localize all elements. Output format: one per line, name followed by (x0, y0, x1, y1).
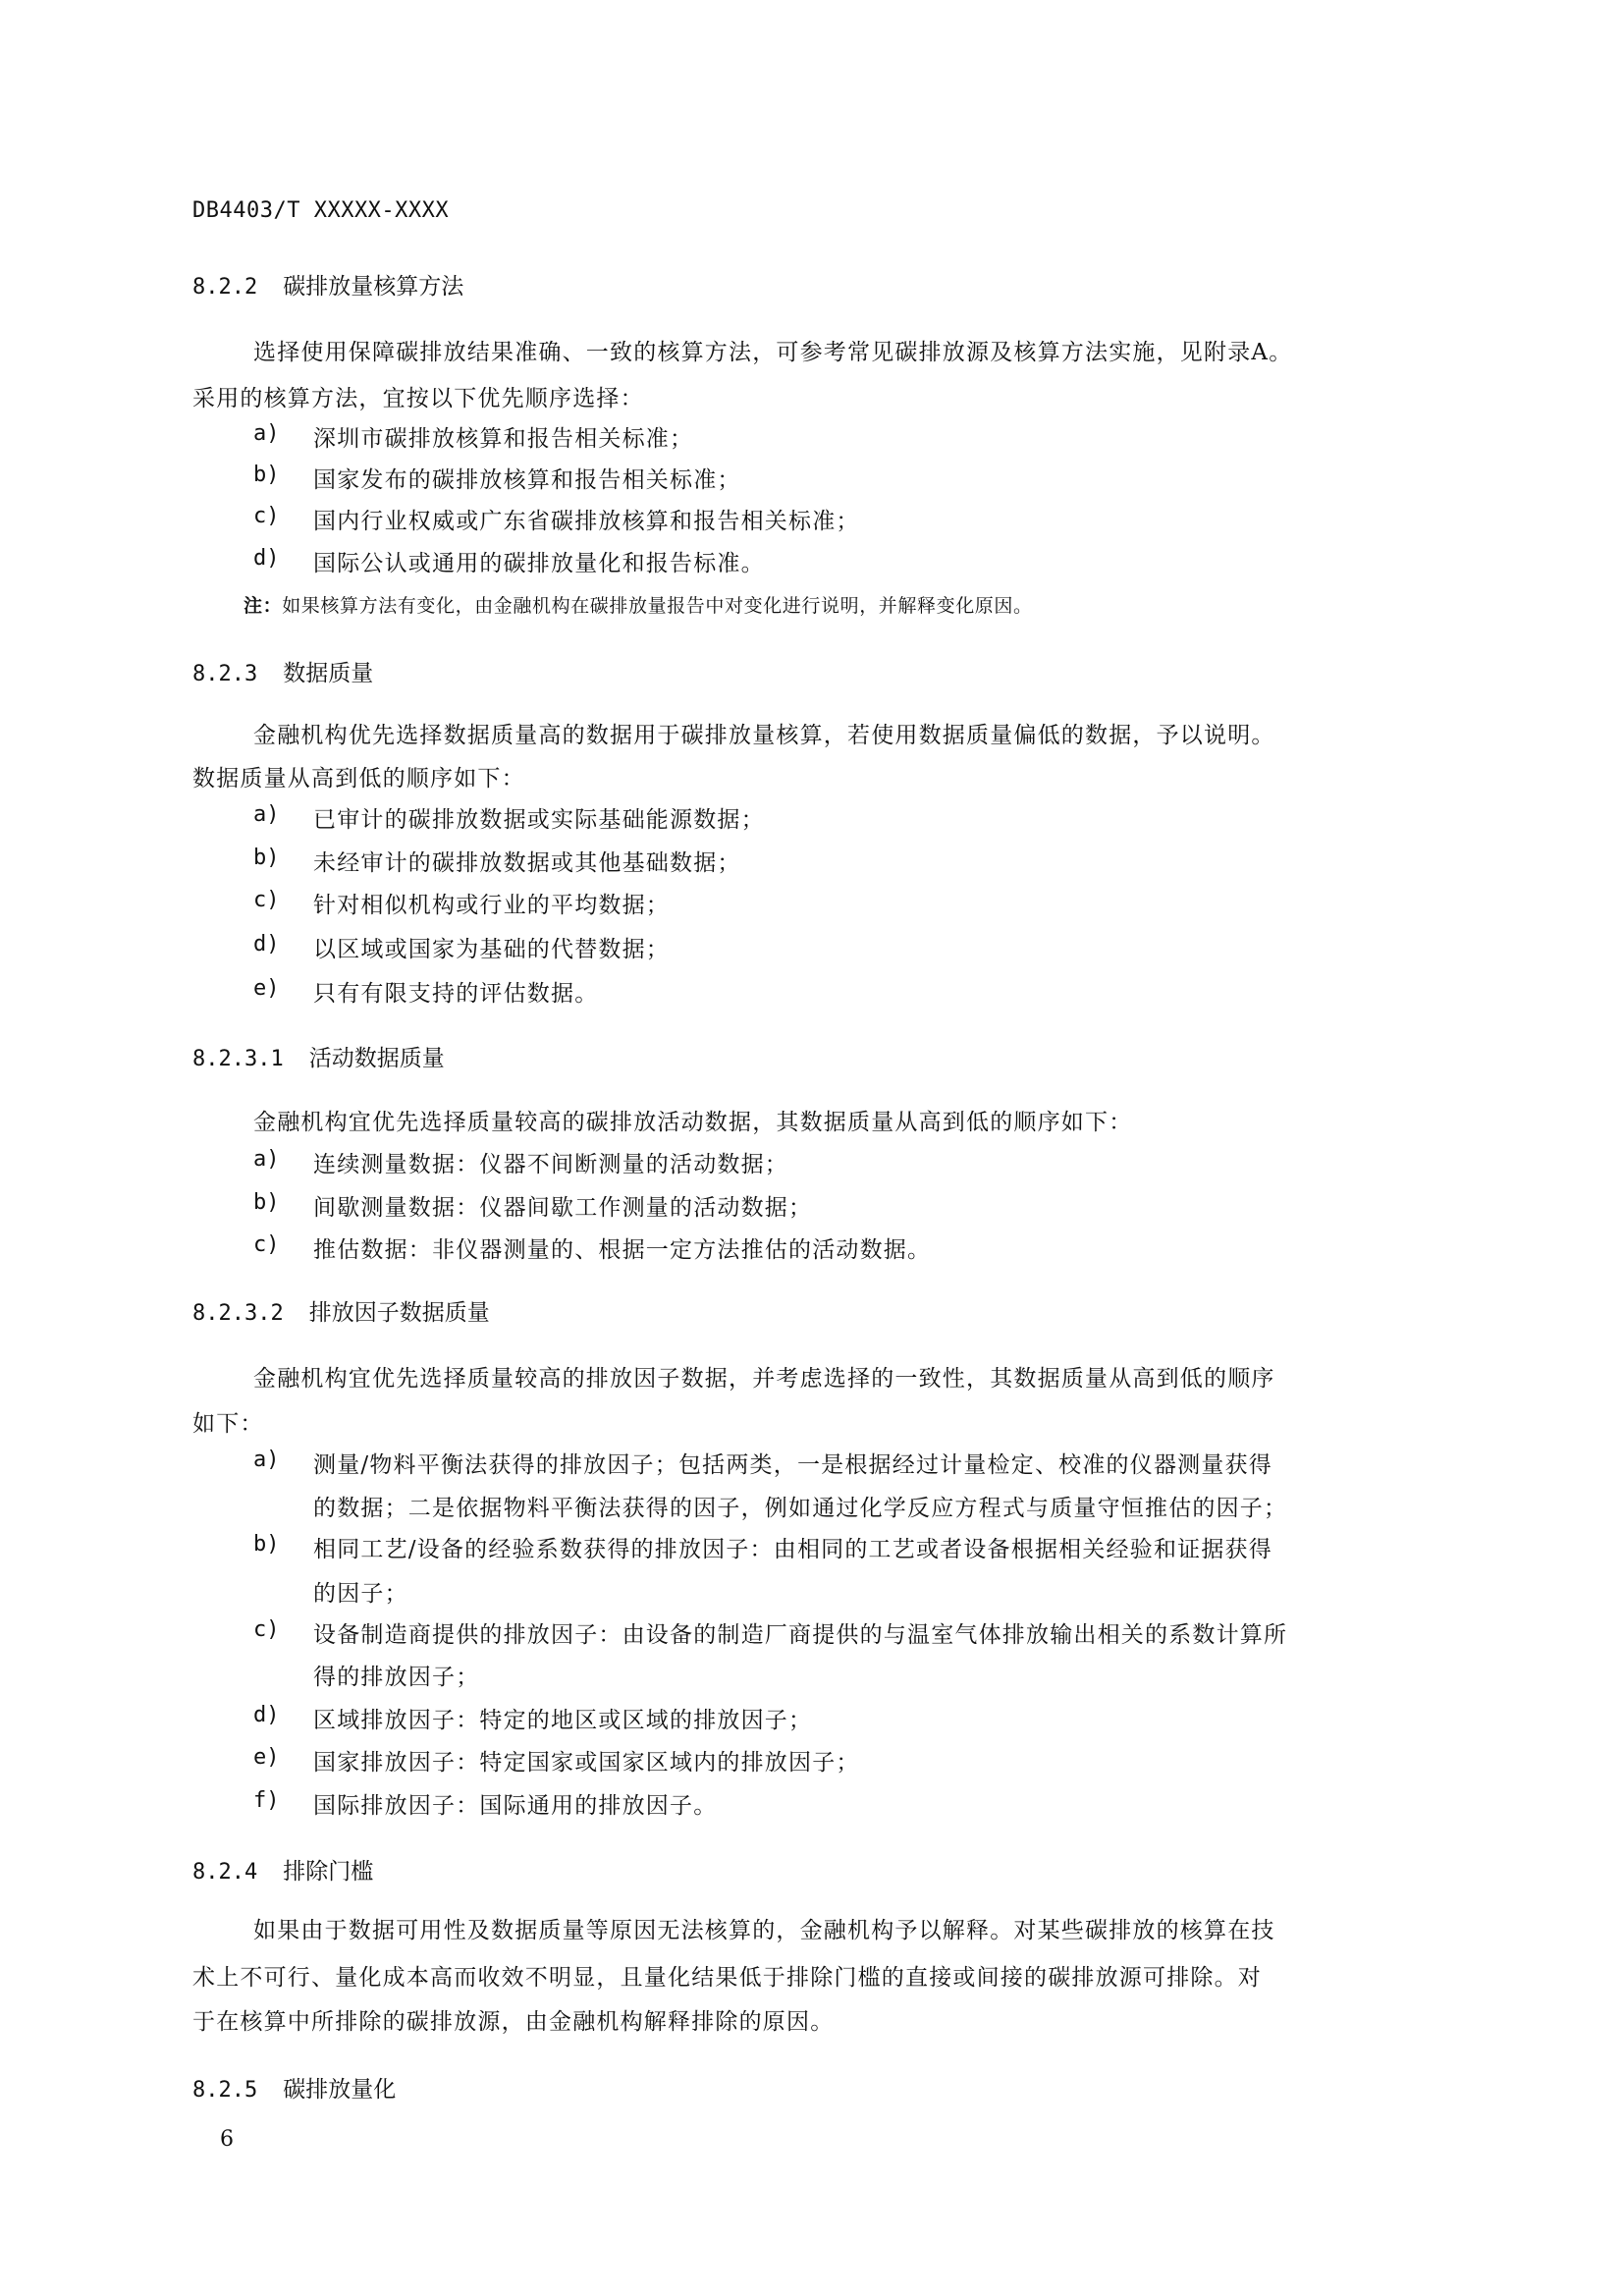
list-item: 针对相似机构或行业的平均数据； (313, 887, 670, 919)
paragraph-line: 采用的核算方法，宜按以下优先顺序选择： (192, 380, 644, 412)
list-label: a) (253, 421, 280, 446)
list-item: 未经审计的碳排放数据或其他基础数据； (313, 845, 741, 877)
section-title: 碳排放量核算方法 (283, 274, 463, 300)
list-item: 国家发布的碳排放核算和报告相关标准； (313, 462, 741, 494)
section-heading-8-2-2: 8.2.2碳排放量核算方法 (192, 268, 463, 301)
note-text: 如果核算方法有变化，由金融机构在碳排放量报告中对变化进行说明，并解释变化原因。 (282, 595, 1032, 617)
list-label: a) (253, 1147, 280, 1172)
section-heading-8-2-4: 8.2.4排除门槛 (192, 1853, 373, 1886)
list-item: 间歇测量数据：仪器间歇工作测量的活动数据； (313, 1189, 812, 1222)
list-item: 国际公认或通用的碳排放量化和报告标准。 (313, 545, 765, 577)
list-item: 以区域或国家为基础的代替数据； (313, 931, 670, 963)
list-label: e) (253, 976, 280, 1001)
section-title: 数据质量 (283, 661, 373, 686)
list-label: c) (253, 888, 280, 912)
paragraph-line: 金融机构优先选择数据质量高的数据用于碳排放量核算，若使用数据质量偏低的数据，予以… (253, 717, 1275, 749)
list-item: 相同工艺/设备的经验系数获得的排放因子：由相同的工艺或者设备根据相关经验和证据获… (313, 1531, 1272, 1563)
section-number: 8.2.2 (192, 275, 257, 300)
list-item: 国家排放因子：特定国家或国家区域内的排放因子； (313, 1744, 860, 1777)
section-title: 排放因子数据质量 (309, 1300, 490, 1326)
section-title: 活动数据质量 (309, 1046, 445, 1071)
list-item-continuation: 得的排放因子； (313, 1659, 479, 1691)
paragraph-line: 金融机构宜优先选择质量较高的碳排放活动数据，其数据质量从高到低的顺序如下： (253, 1104, 1132, 1136)
paragraph-line: 于在核算中所排除的碳排放源，由金融机构解释排除的原因。 (192, 2003, 834, 2036)
list-item: 国内行业权威或广东省碳排放核算和报告相关标准； (313, 503, 860, 535)
list-label: b) (253, 846, 280, 870)
paragraph-line: 术上不可行、量化成本高而收效不明显，且量化结果低于排除门槛的直接或间接的碳排放源… (192, 1959, 1262, 1992)
paragraph-line: 如下： (192, 1405, 264, 1438)
list-item: 推估数据：非仪器测量的、根据一定方法推估的活动数据。 (313, 1231, 931, 1264)
list-item: 已审计的碳排放数据或实际基础能源数据； (313, 801, 765, 834)
list-label: d) (253, 546, 280, 571)
list-label: c) (253, 1617, 280, 1642)
list-label: a) (253, 1448, 280, 1472)
list-item: 连续测量数据：仪器不间断测量的活动数据； (313, 1146, 788, 1178)
section-number: 8.2.3.1 (192, 1047, 284, 1071)
list-item: 国际排放因子：国际通用的排放因子。 (313, 1787, 717, 1820)
list-item-continuation: 的数据；二是依据物料平衡法获得的因子，例如通过化学反应方程式与质量守恒推估的因子… (313, 1490, 1287, 1522)
paragraph-line: 选择使用保障碳排放结果准确、一致的核算方法，可参考常见碳排放源及核算方法实施，见… (253, 334, 1292, 366)
list-label: c) (253, 504, 280, 528)
section-number: 8.2.3 (192, 662, 257, 686)
list-item-continuation: 的因子； (313, 1575, 408, 1608)
section-heading-8-2-3-1: 8.2.3.1活动数据质量 (192, 1040, 445, 1072)
section-heading-8-2-5: 8.2.5碳排放量化 (192, 2071, 396, 2104)
list-label: d) (253, 1703, 280, 1727)
section-number: 8.2.4 (192, 1860, 257, 1885)
section-heading-8-2-3-2: 8.2.3.2排放因子数据质量 (192, 1294, 490, 1327)
list-label: e) (253, 1745, 280, 1770)
list-item: 设备制造商提供的排放因子：由设备的制造厂商提供的与温室气体排放输出相关的系数计算… (313, 1616, 1287, 1649)
section-title: 碳排放量化 (283, 2077, 396, 2103)
section-number: 8.2.3.2 (192, 1301, 284, 1326)
note-label: 注： (243, 595, 282, 617)
list-label: d) (253, 932, 280, 957)
section-heading-8-2-3: 8.2.3数据质量 (192, 655, 373, 687)
section-title: 排除门槛 (283, 1859, 373, 1885)
paragraph-line: 数据质量从高到低的顺序如下： (192, 760, 525, 793)
list-label: a) (253, 802, 280, 827)
list-item: 深圳市碳排放核算和报告相关标准； (313, 420, 693, 453)
paragraph-line: 金融机构宜优先选择质量较高的排放因子数据，并考虑选择的一致性，其数据质量从高到低… (253, 1360, 1275, 1393)
list-label: b) (253, 1190, 280, 1215)
page-number: 6 (220, 2127, 234, 2152)
list-label: b) (253, 463, 280, 487)
document-code: DB4403/T XXXXX-XXXX (192, 198, 449, 223)
note: 注：如果核算方法有变化，由金融机构在碳排放量报告中对变化进行说明，并解释变化原因… (243, 591, 1033, 618)
list-item: 只有有限支持的评估数据。 (313, 975, 598, 1008)
list-item: 区域排放因子：特定的地区或区域的排放因子； (313, 1702, 812, 1734)
list-label: f) (253, 1788, 280, 1813)
list-item: 测量/物料平衡法获得的排放因子；包括两类，一是根据经过计量检定、校准的仪器测量获… (313, 1447, 1272, 1479)
list-label: c) (253, 1232, 280, 1257)
paragraph-line: 如果由于数据可用性及数据质量等原因无法核算的，金融机构予以解释。对某些碳排放的核… (253, 1912, 1275, 1944)
list-label: b) (253, 1532, 280, 1557)
section-number: 8.2.5 (192, 2078, 257, 2103)
